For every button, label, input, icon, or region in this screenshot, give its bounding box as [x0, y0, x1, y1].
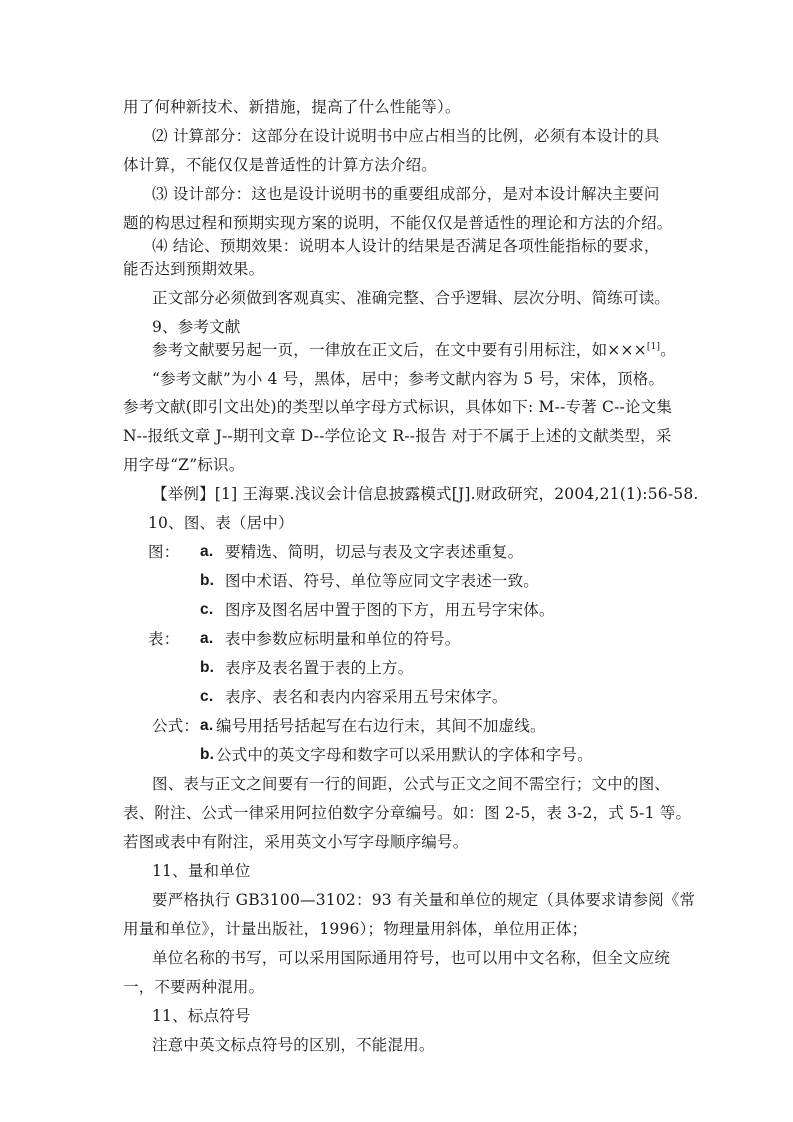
paragraph-line: 注意中英文标点符号的区别，不能混用。: [152, 1035, 435, 1055]
list-item-text: 图序及图名居中置于图的下方，用五号字宋体。: [225, 600, 555, 620]
paragraph-line: 参考文献要另起一页，一律放在正文后，在文中要有引用标注，如×××[1]。: [152, 340, 676, 360]
paragraph-line-text: 一，不要两种混用。: [123, 978, 264, 996]
paragraph-line-text: 用字母“Z”标识。: [123, 456, 244, 474]
paragraph-line-text: ⑵ 计算部分：这部分在设计说明书中应占相当的比例，必须有本设计的具: [152, 127, 660, 145]
paragraph-line: 图、表与正文之间要有一行的间距，公式与正文之间不需空行；文中的图、: [152, 774, 670, 794]
paragraph-line-text: 若图或表中有附注，采用英文小写字母顺序编号。: [123, 833, 468, 851]
paragraph-line: “参考文献”为小 4 号，黑体，居中；参考文献内容为 5 号，宋体，顶格。: [152, 369, 664, 389]
paragraph-line: 正文部分必须做到客观真实、准确完整、合乎逻辑、层次分明、简练可读。: [152, 288, 670, 308]
paragraph-line: 体计算，不能仅仅是普适性的计算方法介绍。: [123, 155, 437, 175]
paragraph-line: N--报纸文章 J--期刊文章 D--学位论文 R--报告 对于不属于上述的文献…: [123, 426, 672, 446]
paragraph-line-text: 【举例】[1] 王海粟.浅议会计信息披露模式[J].财政研究，2004,21(1…: [152, 485, 699, 503]
paragraph-line-text: 10、图、表（居中）: [148, 514, 294, 532]
paragraph-line: ⑵ 计算部分：这部分在设计说明书中应占相当的比例，必须有本设计的具: [152, 126, 660, 146]
table-rules-label: 表：: [148, 629, 179, 649]
paragraph-line-text: N--报纸文章 J--期刊文章 D--学位论文 R--报告 对于不属于上述的文献…: [123, 427, 672, 445]
paragraph-line: 10、图、表（居中）: [148, 513, 294, 533]
paragraph-line-text: 11、标点符号: [152, 1007, 251, 1025]
list-item-text: 图中术语、符号、单位等应同文字表述一致。: [225, 571, 539, 591]
list-marker: b.: [200, 658, 214, 678]
citation-superscript: [1]: [647, 342, 660, 352]
paragraph-line-text: ⑷ 结论、预期效果：说明本人设计的结果是否满足各项性能指标的要求，: [152, 237, 660, 255]
paragraph-line-text: 体计算，不能仅仅是普适性的计算方法介绍。: [123, 156, 437, 174]
paragraph-line-text: 用量和单位》，计量出版社，1996）；物理量用斜体，单位用正体；: [123, 920, 587, 938]
paragraph-line-text: 单位名称的书写，可以采用国际通用符号，也可以用中文名称，但全文应统: [152, 949, 670, 967]
paragraph-line-text: 题的构思过程和预期实现方案的说明，不能仅仅是普适性的理论和方法的介绍。: [123, 214, 673, 232]
list-marker: a.: [200, 629, 213, 649]
paragraph-line: 用量和单位》，计量出版社，1996）；物理量用斜体，单位用正体；: [123, 919, 587, 939]
paragraph-line-text: ⑶ 设计部分：这也是设计说明书的重要组成部分，是对本设计解决主要问: [152, 185, 660, 203]
list-marker: b.: [200, 745, 214, 765]
paragraph-line-text: 图、表与正文之间要有一行的间距，公式与正文之间不需空行；文中的图、: [152, 775, 670, 793]
paragraph-line: 用字母“Z”标识。: [123, 455, 244, 475]
list-marker: c.: [200, 600, 213, 620]
list-marker: c.: [200, 687, 213, 707]
paragraph-line: 参考文献(即引文出处)的类型以单字母方式标识，具体如下: M--专著 C--论文…: [123, 397, 672, 417]
paragraph-line-text: 9、参考文献: [152, 318, 241, 336]
paragraph-line-text: 表、附注、公式一律采用阿拉伯数字分章编号。如：图 2-5，表 3-2，式 5-1…: [123, 804, 691, 822]
list-item-text: 表中参数应标明量和单位的符号。: [225, 629, 461, 649]
paragraph-line: 9、参考文献: [152, 317, 241, 337]
paragraph-line-text: “参考文献”为小 4 号，黑体，居中；参考文献内容为 5 号，宋体，顶格。: [152, 370, 664, 388]
list-marker: b.: [200, 571, 214, 591]
paragraph-line: 单位名称的书写，可以采用国际通用符号，也可以用中文名称，但全文应统: [152, 948, 670, 968]
paragraph-line-text: 要严格执行 GB3100—3102：93 有关量和单位的规定（具体要求请参阅《常: [152, 891, 695, 909]
list-item-text: 表序及表名置于表的上方。: [225, 658, 413, 678]
paragraph-line: 用了何种新技术、新措施，提高了什么性能等）。: [123, 97, 461, 117]
paragraph-line: 若图或表中有附注，采用英文小写字母顺序编号。: [123, 832, 468, 852]
figure-rules-label: 图：: [148, 542, 179, 562]
list-item-text: 要精选、简明，切忌与表及文字表述重复。: [225, 542, 523, 562]
paragraph-line-text: 11、量和单位: [152, 862, 251, 880]
paragraph-line-text: 用了何种新技术、新措施，提高了什么性能等）。: [123, 98, 461, 116]
paragraph-line: ⑷ 结论、预期效果：说明本人设计的结果是否满足各项性能指标的要求，: [152, 236, 660, 256]
paragraph-line: 11、量和单位: [152, 861, 251, 881]
paragraph-line: ⑶ 设计部分：这也是设计说明书的重要组成部分，是对本设计解决主要问: [152, 184, 660, 204]
paragraph-line: 【举例】[1] 王海粟.浅议会计信息披露模式[J].财政研究，2004,21(1…: [152, 484, 699, 504]
paragraph-line-text: 参考文献(即引文出处)的类型以单字母方式标识，具体如下: M--专著 C--论文…: [123, 398, 672, 416]
paragraph-line-tail: 。: [660, 341, 676, 359]
paragraph-line: 11、标点符号: [152, 1006, 251, 1026]
paragraph-line-text: 能否达到预期效果。: [123, 260, 264, 278]
paragraph-line: 能否达到预期效果。: [123, 259, 264, 279]
paragraph-line: 题的构思过程和预期实现方案的说明，不能仅仅是普适性的理论和方法的介绍。: [123, 213, 673, 233]
paragraph-line-text: 正文部分必须做到客观真实、准确完整、合乎逻辑、层次分明、简练可读。: [152, 289, 670, 307]
list-item-text: 编号用括号括起写在右边行末，其间不加虚线。: [216, 716, 546, 736]
list-item-text: 公式中的英文字母和数字可以采用默认的字体和字号。: [216, 745, 593, 765]
formula-rules-label: 公式：: [152, 716, 199, 736]
list-marker: a.: [200, 542, 213, 562]
paragraph-line: 表、附注、公式一律采用阿拉伯数字分章编号。如：图 2-5，表 3-2，式 5-1…: [123, 803, 691, 823]
paragraph-line-text: 参考文献要另起一页，一律放在正文后，在文中要有引用标注，如×××: [152, 341, 647, 359]
paragraph-line: 一，不要两种混用。: [123, 977, 264, 997]
list-marker: a.: [200, 716, 213, 736]
document-page: 用了何种新技术、新措施，提高了什么性能等）。⑵ 计算部分：这部分在设计说明书中应…: [0, 0, 793, 1122]
paragraph-line: 要严格执行 GB3100—3102：93 有关量和单位的规定（具体要求请参阅《常: [152, 890, 695, 910]
list-item-text: 表序、表名和表内内容采用五号宋体字。: [225, 687, 508, 707]
paragraph-line-text: 注意中英文标点符号的区别，不能混用。: [152, 1036, 435, 1054]
